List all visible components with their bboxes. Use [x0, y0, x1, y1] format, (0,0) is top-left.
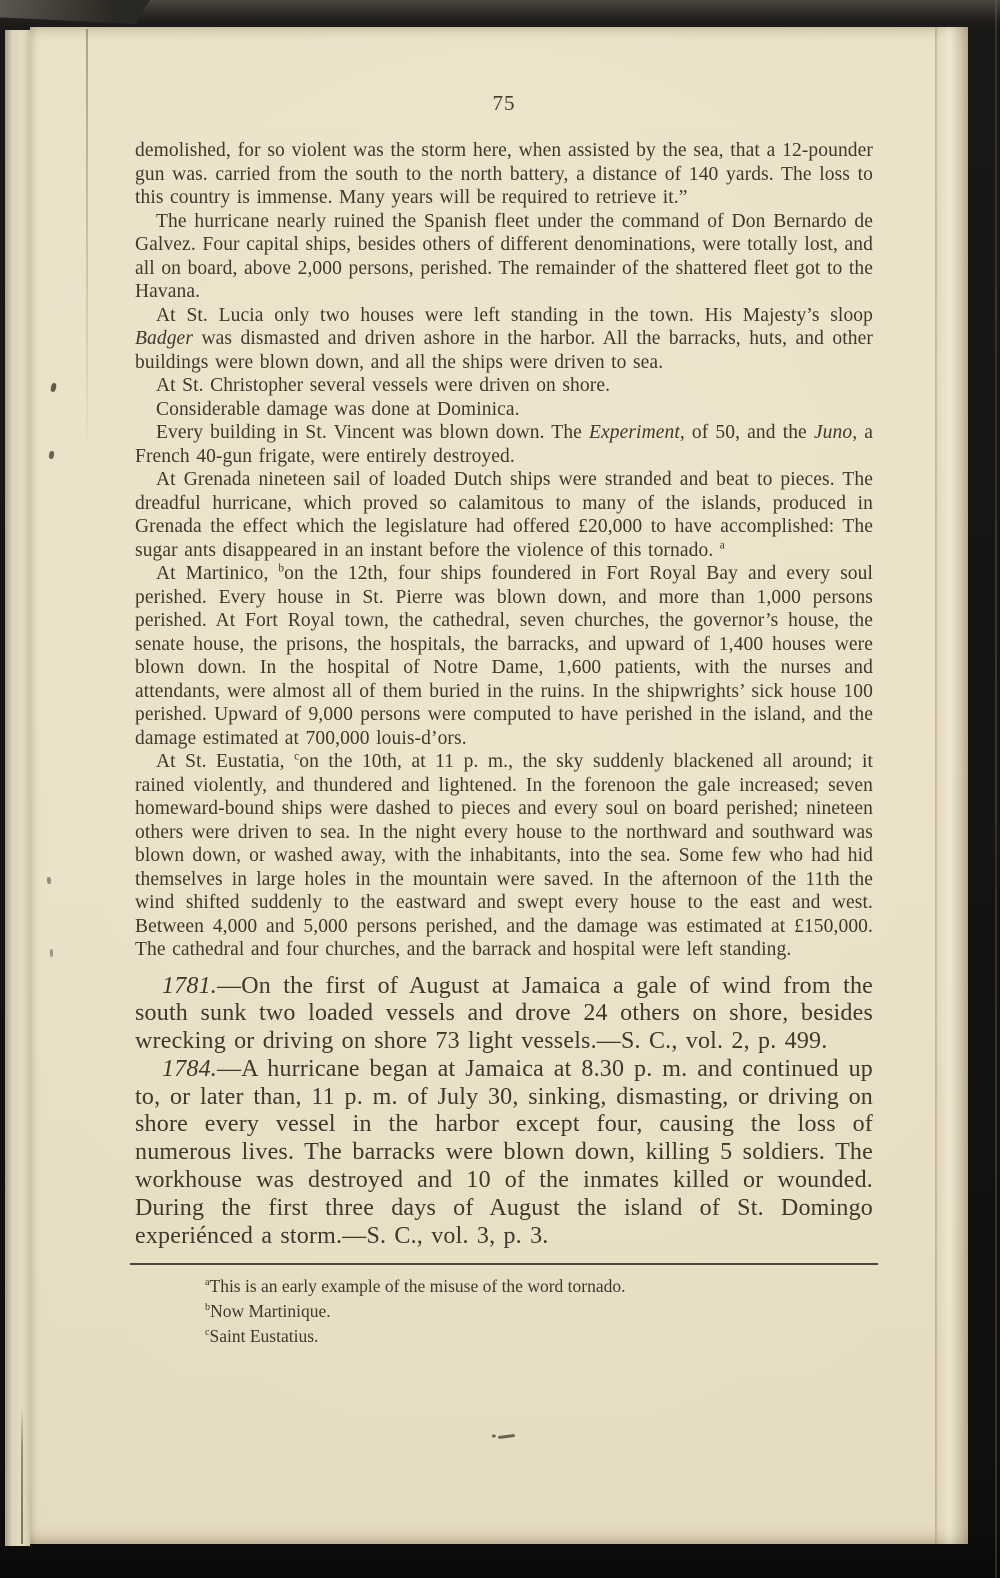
text-segment: on the 10th, at 11 p. m., the sky sudden… [135, 751, 873, 960]
paragraph: At Grenada nineteen sail of loaded Dutch… [135, 468, 873, 562]
paragraph: At Martinico, bon the 12th, four ships f… [135, 562, 873, 750]
ink-speck [47, 877, 52, 884]
footnote-text: This is an early example of the misuse o… [210, 1276, 626, 1296]
text-segment: demolished, for so violent was the storm… [135, 140, 873, 208]
body-paragraphs: demolished, for so violent was the storm… [135, 139, 873, 1250]
footnote-reference: a [720, 539, 725, 551]
paragraph: At St. Eustatia, con the 10th, at 11 p. … [135, 750, 873, 962]
text-segment: At St. Lucia only two houses were left s… [156, 305, 873, 326]
page-crease-top [86, 29, 88, 439]
footnotes: aThis is an early example of the misuse … [205, 1274, 873, 1348]
text-segment: At St. Christopher several vessels were … [156, 375, 610, 396]
paragraph: 1781.—On the first of August at Jamaica … [135, 973, 873, 1056]
ink-speck [50, 383, 57, 393]
book-photo: 75 demolished, for so violent was the st… [0, 0, 1000, 1578]
paragraph: Considerable damage was done at Dominica… [135, 398, 873, 422]
text-segment: 1784. [162, 1056, 217, 1082]
footnote: aThis is an early example of the misuse … [205, 1274, 873, 1299]
book-page: 75 demolished, for so violent was the st… [30, 27, 968, 1544]
page-crease-bottom [21, 1409, 23, 1544]
paragraph: demolished, for so violent was the storm… [135, 139, 873, 210]
book-cover-top-sheen [0, 0, 1000, 26]
footnote-text: Saint Eustatius. [210, 1326, 319, 1346]
text-segment: Badger [135, 328, 193, 349]
footnote: bNow Martinique. [205, 1299, 873, 1324]
text-block: demolished, for so violent was the storm… [135, 139, 873, 1348]
paragraph: Every building in St. Vincent was blown … [135, 421, 873, 468]
footnote-divider [130, 1263, 878, 1265]
text-segment: At Martinico, [156, 563, 278, 584]
page-edge-stack [5, 30, 30, 1546]
text-segment: was dismasted and driven ashore in the h… [135, 328, 873, 373]
ink-speck [48, 451, 54, 460]
text-segment: At St. Eustatia, [156, 751, 294, 772]
text-segment: The hurricane nearly ruined the Spanish … [135, 211, 873, 303]
text-segment: At Grenada nineteen sail of loaded Dutch… [135, 469, 873, 561]
paragraph: 1784.—A hurricane began at Jamaica at 8.… [135, 1056, 873, 1251]
page-fore-edge [935, 27, 968, 1544]
text-segment: 1781. [162, 973, 217, 999]
paragraph: At St. Lucia only two houses were left s… [135, 304, 873, 375]
text-segment: on the 12th, four ships foundered in For… [135, 563, 873, 749]
pen-mark [498, 1434, 515, 1439]
footnote: cSaint Eustatius. [205, 1324, 873, 1349]
footnote-text: Now Martinique. [210, 1301, 331, 1321]
text-segment: Considerable damage was done at Dominica… [156, 399, 520, 420]
text-segment: —A hurricane began at Jamaica at 8.30 p.… [135, 1056, 873, 1249]
text-segment: Every building in St. Vincent was blown … [156, 422, 589, 443]
paragraph: The hurricane nearly ruined the Spanish … [135, 210, 873, 304]
paragraph: At St. Christopher several vessels were … [135, 374, 873, 398]
text-segment: , of 50, and the [680, 422, 814, 443]
text-segment: —On the first of August at Jamaica a gal… [135, 973, 873, 1055]
text-segment: Experiment [589, 422, 680, 443]
page-number: 75 [135, 91, 873, 116]
ink-speck [50, 949, 53, 957]
text-segment: Juno [814, 422, 852, 443]
book-cover-edge-highlight [995, 0, 997, 1578]
